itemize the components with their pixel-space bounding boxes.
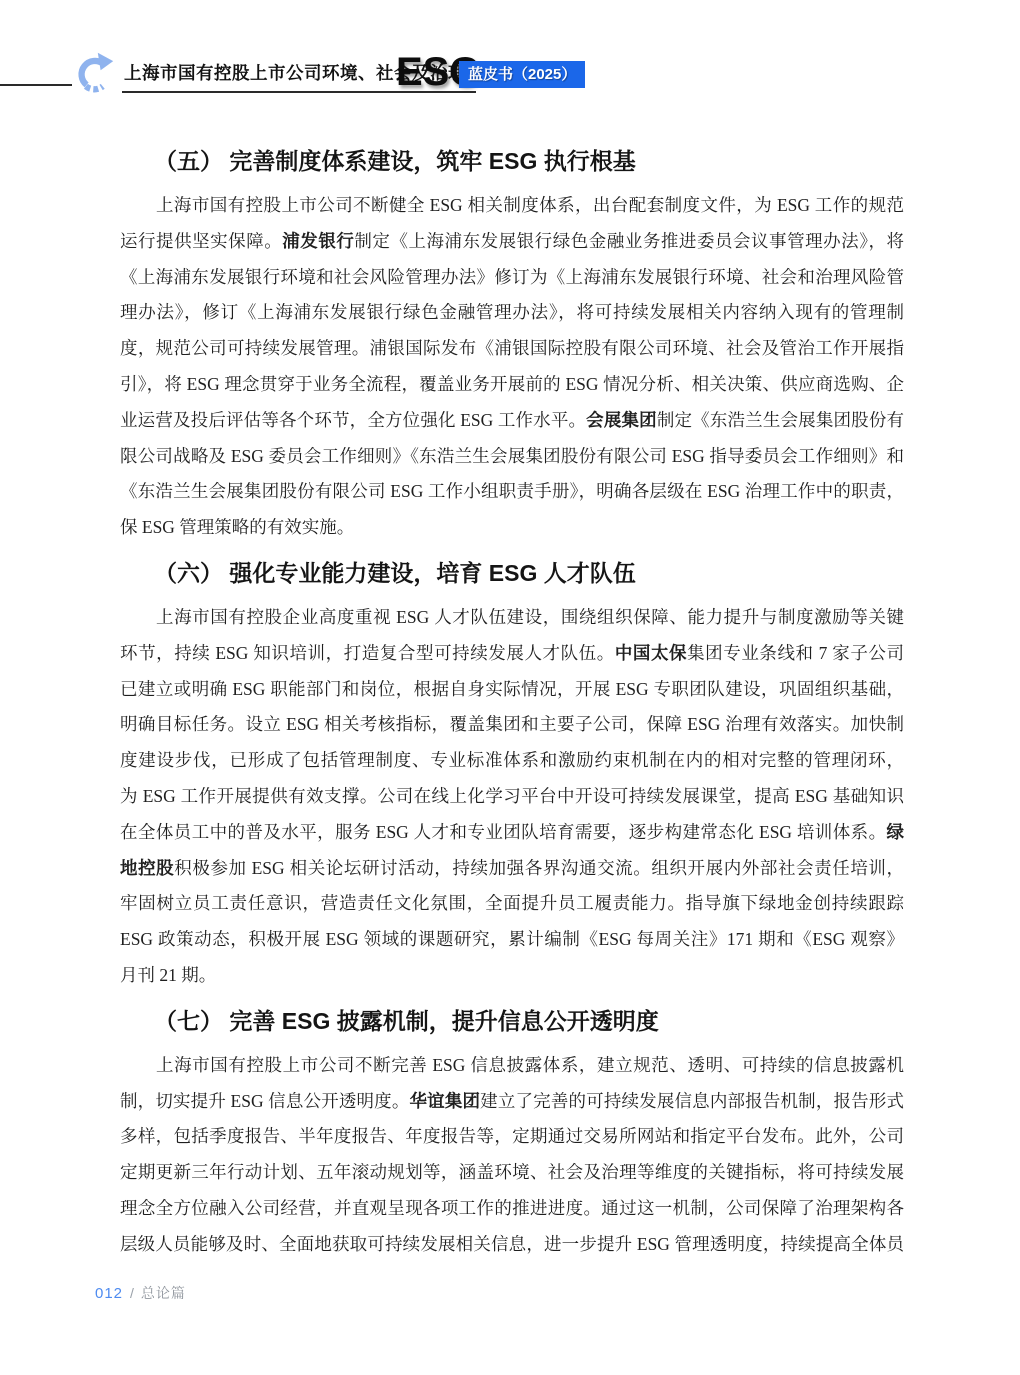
text-line: 明确目标任务。设立 ESG 相关考核指标，覆盖集团和主要子公司，保障 ESG 治… [120, 707, 904, 743]
text-line: 《东浩兰生会展集团股份有限公司 ESG 工作小组职责手册》，明确各层级在 ESG… [120, 474, 904, 510]
footer-separator: / [130, 1285, 134, 1301]
text-line: 业运营及投后评估等各个环节，全方位强化 ESG 工作水平。会展集团制定《东浩兰生… [120, 403, 904, 439]
text-line: 在全体员工中的普及水平，服务 ESG 人才和专业团队培育需要，逐步构建常态化 E… [120, 815, 904, 851]
text-line: 理念全方位融入公司经营，并直观呈现各项工作的推进进度。通过这一机制，公司保障了治… [120, 1191, 904, 1227]
text-line: 牢固树立员工责任意识，营造责任文化氛围，全面提升员工履责能力。指导旗下绿地金创持… [120, 886, 904, 922]
paragraph: 上海市国有控股企业高度重视 ESG 人才队伍建设，围绕组织保障、能力提升与制度激… [120, 600, 904, 994]
text-line: 理办法》，修订《上海浦东发展银行绿色金融管理办法》，将可持续发展相关内容纳入现有… [120, 295, 904, 331]
page-footer: 012 / 总论篇 [95, 1283, 186, 1303]
header-rule-left [0, 84, 72, 86]
text-line: 上海市国有控股企业高度重视 ESG 人才队伍建设，围绕组织保障、能力提升与制度激… [120, 600, 904, 636]
page-header: 上海市国有控股上市公司环境、社会及治理 ESG 蓝皮书（2025） [0, 0, 1020, 120]
text-line: 月刊 21 期。 [120, 958, 904, 994]
section-heading: （七） 完善 ESG 披露机制，提升信息公开透明度 [154, 1006, 904, 1036]
text-line: 为 ESG 工作开展提供有效支撑。公司在线上化学习平台中开设可持续发展课堂，提高… [120, 779, 904, 815]
text-line: 地控股积极参加 ESG 相关论坛研讨活动，持续加强各界沟通交流。组织开展内外部社… [120, 851, 904, 887]
bluebook-badge: 蓝皮书（2025） [459, 61, 585, 88]
document-page: 上海市国有控股上市公司环境、社会及治理 ESG 蓝皮书（2025） （五） 完善… [0, 0, 1020, 1375]
footer-section-label: 总论篇 [141, 1283, 186, 1303]
text-line: 多样，包括季度报告、半年度报告、年度报告等，定期通过交易所网站和指定平台发布。此… [120, 1119, 904, 1155]
text-line: 层级人员能够及时、全面地获取可持续发展相关信息，进一步提升 ESG 管理透明度，… [120, 1227, 904, 1263]
text-line: 限公司战略及 ESG 委员会工作细则》《东浩兰生会展集团股份有限公司 ESG 指… [120, 439, 904, 475]
sections: （五） 完善制度体系建设，筑牢 ESG 执行根基上海市国有控股上市公司不断健全 … [120, 146, 904, 1263]
text-line: 引》，将 ESG 理念贯穿于业务全流程，覆盖业务开展前的 ESG 情况分析、相关… [120, 367, 904, 403]
text-line: 环节，持续 ESG 知识培训，打造复合型可持续发展人才队伍。中国太保集团专业条线… [120, 636, 904, 672]
paragraph: 上海市国有控股上市公司不断健全 ESG 相关制度体系，出台配套制度文件，为 ES… [120, 188, 904, 546]
page-number: 012 [95, 1285, 123, 1302]
text-line: 定期更新三年行动计划、五年滚动规划等，涵盖环境、社会及治理等维度的关键指标，将可… [120, 1155, 904, 1191]
arrowhead [98, 53, 113, 70]
text-line: 度建设步伐，已形成了包括管理制度、专业标准体系和激励约束机制在内的相对完整的管理… [120, 743, 904, 779]
text-line: 保 ESG 管理策略的有效实施。 [120, 510, 904, 546]
text-line: 运行提供坚实保障。浦发银行制定《上海浦东发展银行绿色金融业务推进委员会议事管理办… [120, 224, 904, 260]
text-line: 上海市国有控股上市公司不断完善 ESG 信息披露体系，建立规范、透明、可持续的信… [120, 1048, 904, 1084]
paragraph: 上海市国有控股上市公司不断完善 ESG 信息披露体系，建立规范、透明、可持续的信… [120, 1048, 904, 1263]
text-line: 已建立或明确 ESG 职能部门和岗位，根据自身实际情况，开展 ESG 专职团队建… [120, 672, 904, 708]
section-heading: （六） 强化专业能力建设，培育 ESG 人才队伍 [154, 558, 904, 588]
text-line: 上海市国有控股上市公司不断健全 ESG 相关制度体系，出台配套制度文件，为 ES… [120, 188, 904, 224]
text-line: ESG 政策动态，积极开展 ESG 领域的课题研究，累计编制《ESG 每周关注》… [120, 922, 904, 958]
section-heading: （五） 完善制度体系建设，筑牢 ESG 执行根基 [154, 146, 904, 176]
text-line: 度，规范公司可持续发展管理。浦银国际发布《浦银国际控股有限公司环境、社会及管治工… [120, 331, 904, 367]
circular-arrow-logo [74, 44, 116, 102]
text-line: 制，切实提升 ESG 信息公开透明度。华谊集团建立了完善的可持续发展信息内部报告… [120, 1084, 904, 1120]
text-line: 《上海浦东发展银行环境和社会风险管理办法》修订为《上海浦东发展银行环境、社会和治… [120, 260, 904, 296]
